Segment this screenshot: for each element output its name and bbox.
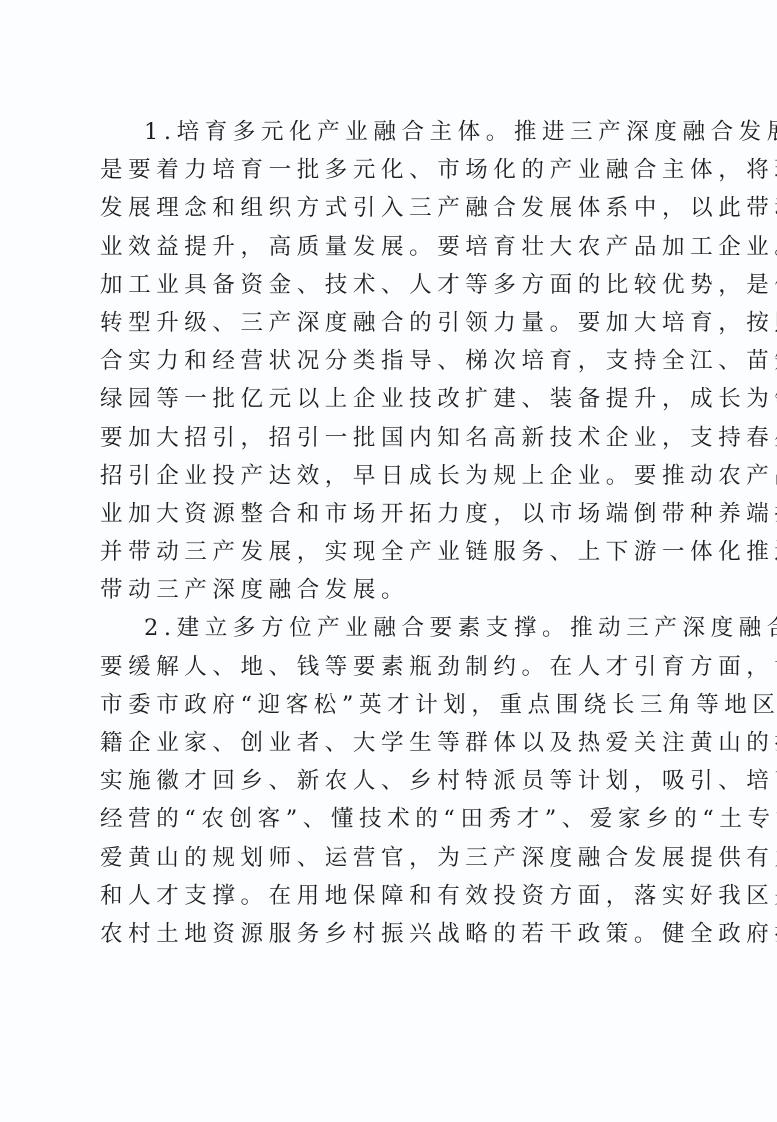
paragraph-2-line-6: 经营的“农创客”、懂技术的“田秀才”、爱家乡的“土专家”、 <box>100 800 692 838</box>
paragraph-2-line-1: 2.建立多方位产业融合要素支撑。推动三产深度融合发展， <box>100 609 692 647</box>
paragraph-1-line-3: 发展理念和组织方式引入三产融合发展体系中，以此带动农业产 <box>100 189 692 227</box>
paragraph-2-line-8: 和人才支撑。在用地保障和有效投资方面，落实好我区关于盘活 <box>100 877 692 915</box>
paragraph-1-line-12: 并带动三产发展，实现全产业链服务、上下游一体化推进，示范 <box>100 533 692 571</box>
paragraph-2-line-4: 籍企业家、创业者、大学生等群体以及热爱关注黄山的投资人， <box>100 724 692 762</box>
paragraph-1-line-4: 业效益提升，高质量发展。要培育壮大农产品加工企业。农产品 <box>100 228 692 266</box>
paragraph-2-line-5: 实施徽才回乡、新农人、乡村特派员等计划，吸引、培育更多善 <box>100 762 692 800</box>
paragraph-1-line-10: 招引企业投产达效，早日成长为规上企业。要推动农产品加工企 <box>100 457 692 495</box>
paragraph-1-line-8: 绿园等一批亿元以上企业技改扩建、装备提升，成长为领军企业。 <box>100 380 692 418</box>
paragraph-1-line-5: 加工业具备资金、技术、人才等多方面的比较优势，是促进农业 <box>100 266 692 304</box>
paragraph-2-line-2: 要缓解人、地、钱等要素瓶劲制约。在人才引育方面，认真落实 <box>100 648 692 686</box>
paragraph-1-line-2: 是要着力培育一批多元化、市场化的产业融合主体，将现代产业 <box>100 151 692 189</box>
document-page: 1.培育多元化产业融合主体。推进三产深度融合发展的关键， 是要着力培育一批多元化… <box>0 0 777 1122</box>
paragraph-2-line-7: 爱黄山的规划师、运营官，为三产深度融合发展提供有力的智力 <box>100 839 692 877</box>
paragraph-1-line-1: 1.培育多元化产业融合主体。推进三产深度融合发展的关键， <box>100 113 692 151</box>
document-body: 1.培育多元化产业融合主体。推进三产深度融合发展的关键， 是要着力培育一批多元化… <box>100 113 692 953</box>
paragraph-2-line-9: 农村土地资源服务乡村振兴战略的若干政策。健全政府投资与金 <box>100 915 692 953</box>
paragraph-1-line-7: 合实力和经营状况分类指导、梯次培育，支持全江、苗知府、华 <box>100 342 692 380</box>
paragraph-1-line-6: 转型升级、三产深度融合的引领力量。要加大培育，按照企业综 <box>100 304 692 342</box>
paragraph-1-line-13: 带动三产深度融合发展。 <box>100 571 692 609</box>
paragraph-1-line-9: 要加大招引，招引一批国内知名高新技术企业，支持春盛集团等 <box>100 419 692 457</box>
paragraph-2-line-3: 市委市政府“迎客松”英才计划，重点围绕长三角等地区的黄山 <box>100 686 692 724</box>
paragraph-1-line-11: 业加大资源整合和市场开拓力度，以市场端倒带种养端提质增效 <box>100 495 692 533</box>
